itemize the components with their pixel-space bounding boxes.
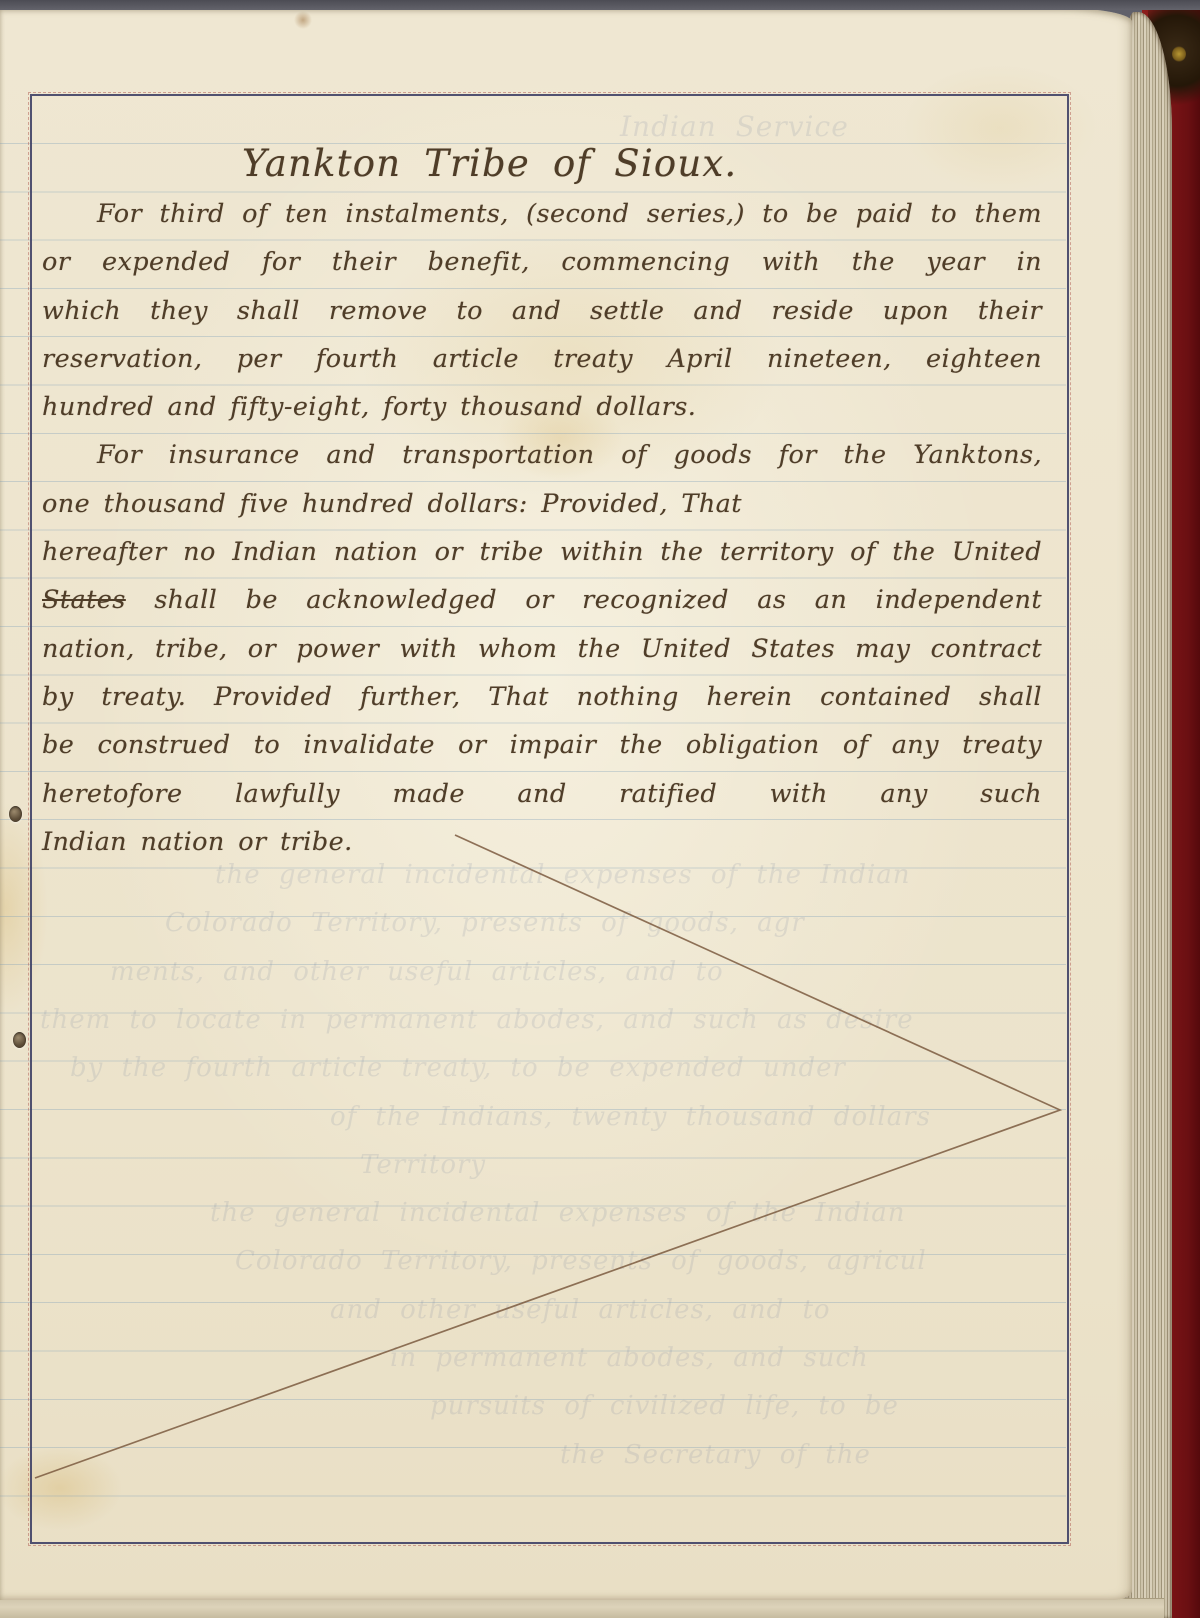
binder-hole <box>9 806 22 822</box>
body-lines: For third of ten instalments, (second se… <box>42 190 1042 866</box>
manuscript-line: heretofore lawfully made and ratified wi… <box>42 770 1042 818</box>
book-scan-scene: Indian Service the general incidental ex… <box>0 0 1200 1618</box>
manuscript-line: which they shall remove to and settle an… <box>42 287 1042 335</box>
page-title: Yankton Tribe of Sioux. <box>42 138 1042 190</box>
manuscript-line: For third of ten instalments, (second se… <box>42 190 1042 238</box>
handwritten-text: Yankton Tribe of Sioux. For third of ten… <box>42 138 1042 866</box>
manuscript-page: Indian Service the general incidental ex… <box>0 8 1132 1600</box>
manuscript-line: by treaty. Provided further, That nothin… <box>42 673 1042 721</box>
manuscript-line: be construed to invalidate or impair the… <box>42 721 1042 769</box>
manuscript-line: Indian nation or tribe. <box>42 818 1042 866</box>
manuscript-line: hereafter no Indian nation or tribe with… <box>42 528 1042 576</box>
manuscript-line: one thousand five hundred dollars: Provi… <box>42 480 1042 528</box>
manuscript-line: For insurance and transportation of good… <box>42 431 1042 479</box>
desk-background <box>0 0 1200 10</box>
struck-word: States <box>42 585 126 615</box>
binder-hole <box>13 1032 26 1048</box>
page-edges-stack <box>1126 12 1172 1618</box>
manuscript-line: or expended for their benefit, commencin… <box>42 238 1042 286</box>
bottom-page-edges <box>0 1598 1164 1618</box>
manuscript-line: States shall be acknowledged or recogniz… <box>42 576 1042 624</box>
cover-gilt-fleck <box>1172 46 1186 62</box>
manuscript-line: reservation, per fourth article treaty A… <box>42 335 1042 383</box>
manuscript-line: nation, tribe, or power with whom the Un… <box>42 625 1042 673</box>
manuscript-line: hundred and fifty-eight, forty thousand … <box>42 383 1042 431</box>
